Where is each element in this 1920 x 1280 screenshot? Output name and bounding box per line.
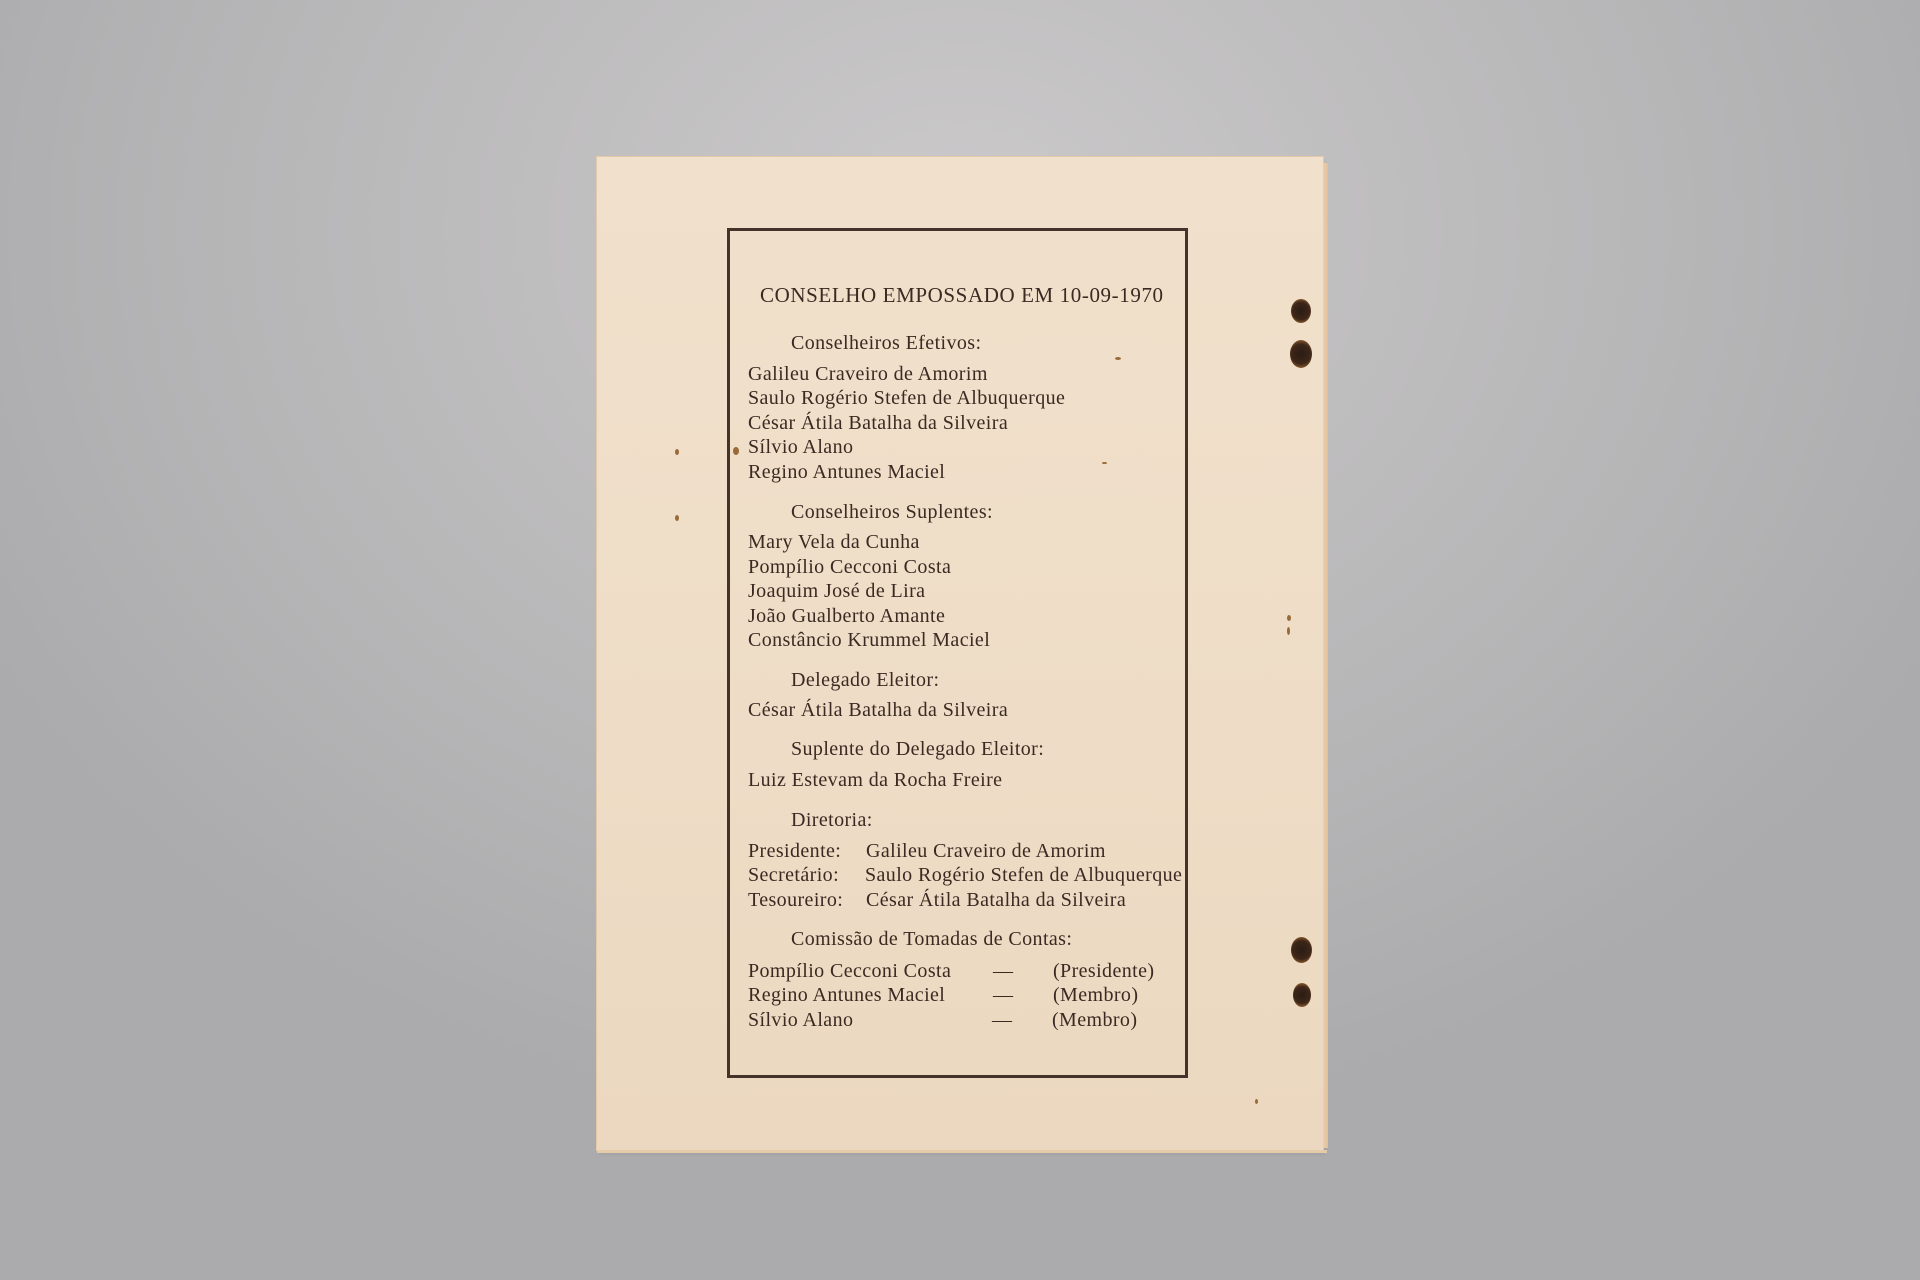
comissao-name: Pompílio Cecconi Costa	[748, 959, 951, 983]
section-heading-delegado: Delegado Eleitor:	[791, 668, 939, 692]
comissao-name: Sílvio Alano	[748, 1008, 853, 1032]
name-line: João Gualberto Amante	[748, 604, 945, 628]
comissao-role: (Presidente)	[1053, 959, 1154, 983]
diretoria-role: Presidente:	[748, 839, 841, 863]
staple-rust-mark-icon	[1291, 299, 1311, 323]
document-page: CONSELHO EMPOSSADO EM 10-09-1970 Conselh…	[597, 157, 1323, 1150]
name-line: Pompílio Cecconi Costa	[748, 555, 951, 579]
staple-rust-mark-icon	[1290, 340, 1312, 368]
name-line: Galileu Craveiro de Amorim	[748, 362, 988, 386]
staple-rust-mark-icon	[1291, 937, 1312, 963]
foxing-spot	[1115, 357, 1121, 360]
name-line: Joaquim José de Lira	[748, 579, 925, 603]
comissao-dash: —	[993, 983, 1013, 1007]
diretoria-role: Tesoureiro:	[748, 888, 843, 912]
name-line: Regino Antunes Maciel	[748, 460, 945, 484]
foxing-spot	[675, 449, 679, 455]
section-heading-diretoria: Diretoria:	[791, 808, 873, 832]
section-heading-suplentes: Conselheiros Suplentes:	[791, 500, 993, 524]
comissao-role: (Membro)	[1052, 1008, 1137, 1032]
name-line: César Átila Batalha da Silveira	[748, 411, 1008, 435]
section-heading-efetivos: Conselheiros Efetivos:	[791, 331, 981, 355]
name-line: Sílvio Alano	[748, 435, 853, 459]
name-line: Mary Vela da Cunha	[748, 530, 920, 554]
comissao-dash: —	[992, 1008, 1012, 1032]
comissao-role: (Membro)	[1053, 983, 1138, 1007]
foxing-spot	[1287, 615, 1291, 621]
section-heading-suplente-delegado: Suplente do Delegado Eleitor:	[791, 737, 1044, 761]
foxing-spot	[675, 515, 679, 521]
diretoria-role: Secretário:	[748, 863, 839, 887]
foxing-spot	[1102, 462, 1107, 464]
section-heading-comissao: Comissão de Tomadas de Contas:	[791, 927, 1072, 951]
name-line: Constâncio Krummel Maciel	[748, 628, 990, 652]
foxing-spot	[1255, 1099, 1258, 1104]
name-line: César Átila Batalha da Silveira	[748, 698, 1008, 722]
diretoria-name: César Átila Batalha da Silveira	[866, 888, 1126, 912]
comissao-name: Regino Antunes Maciel	[748, 983, 945, 1007]
name-line: Luiz Estevam da Rocha Freire	[748, 768, 1002, 792]
document-title: CONSELHO EMPOSSADO EM 10-09-1970	[760, 283, 1164, 307]
diretoria-name: Saulo Rogério Stefen de Albuquerque	[865, 863, 1182, 887]
foxing-spot	[733, 447, 739, 455]
staple-rust-mark-icon	[1293, 983, 1311, 1007]
foxing-spot	[1287, 627, 1290, 635]
name-line: Saulo Rogério Stefen de Albuquerque	[748, 386, 1065, 410]
diretoria-name: Galileu Craveiro de Amorim	[866, 839, 1106, 863]
comissao-dash: —	[993, 959, 1013, 983]
